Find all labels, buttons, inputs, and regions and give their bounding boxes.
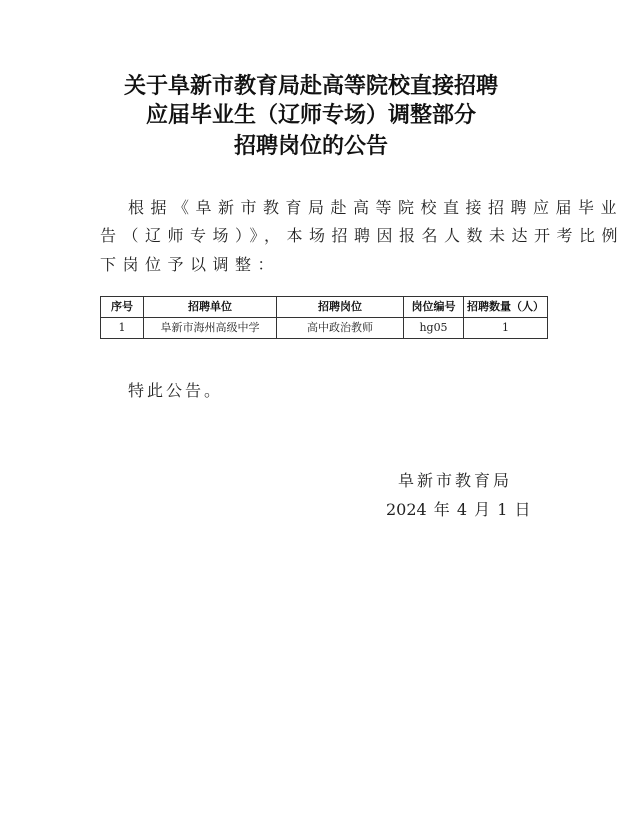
body-line-2: 告（辽师专场）》，本场招聘因报名人数未达开考比例，以 [100, 226, 540, 246]
cell-headcount: 1 [464, 318, 548, 339]
table-row: 1 阜新市海州高级中学 高中政治教师 hg05 1 [101, 318, 548, 339]
adjusted-positions-table: 序号 招聘单位 招聘岗位 岗位编号 招聘数量（人） 1 阜新市海州高级中学 高中… [100, 296, 548, 339]
header-position: 招聘岗位 [277, 297, 404, 318]
header-employer: 招聘单位 [144, 297, 277, 318]
title-line-3: 招聘岗位的公告 [0, 135, 622, 159]
body-line-1: 根据《阜新市教育局赴高等院校直接招聘应届毕业生公 [128, 198, 568, 218]
cell-employer: 阜新市海州高级中学 [144, 318, 277, 339]
cell-position-code: hg05 [404, 318, 464, 339]
body-line-3: 下岗位予以调整： [100, 255, 540, 275]
header-index: 序号 [101, 297, 144, 318]
cell-index: 1 [101, 318, 144, 339]
table-header-row: 序号 招聘单位 招聘岗位 岗位编号 招聘数量（人） [101, 297, 548, 318]
title-line-1: 关于阜新市教育局赴高等院校直接招聘 [0, 75, 622, 99]
header-headcount: 招聘数量（人） [464, 297, 548, 318]
issuer-signature: 阜新市教育局 [398, 468, 512, 491]
issue-date: 2024 年 4 月 1 日 [386, 497, 531, 520]
header-position-code: 岗位编号 [404, 297, 464, 318]
closing-remark: 特此公告。 [128, 378, 223, 401]
cell-position: 高中政治教师 [277, 318, 404, 339]
title-line-2: 应届毕业生（辽师专场）调整部分 [0, 104, 622, 128]
